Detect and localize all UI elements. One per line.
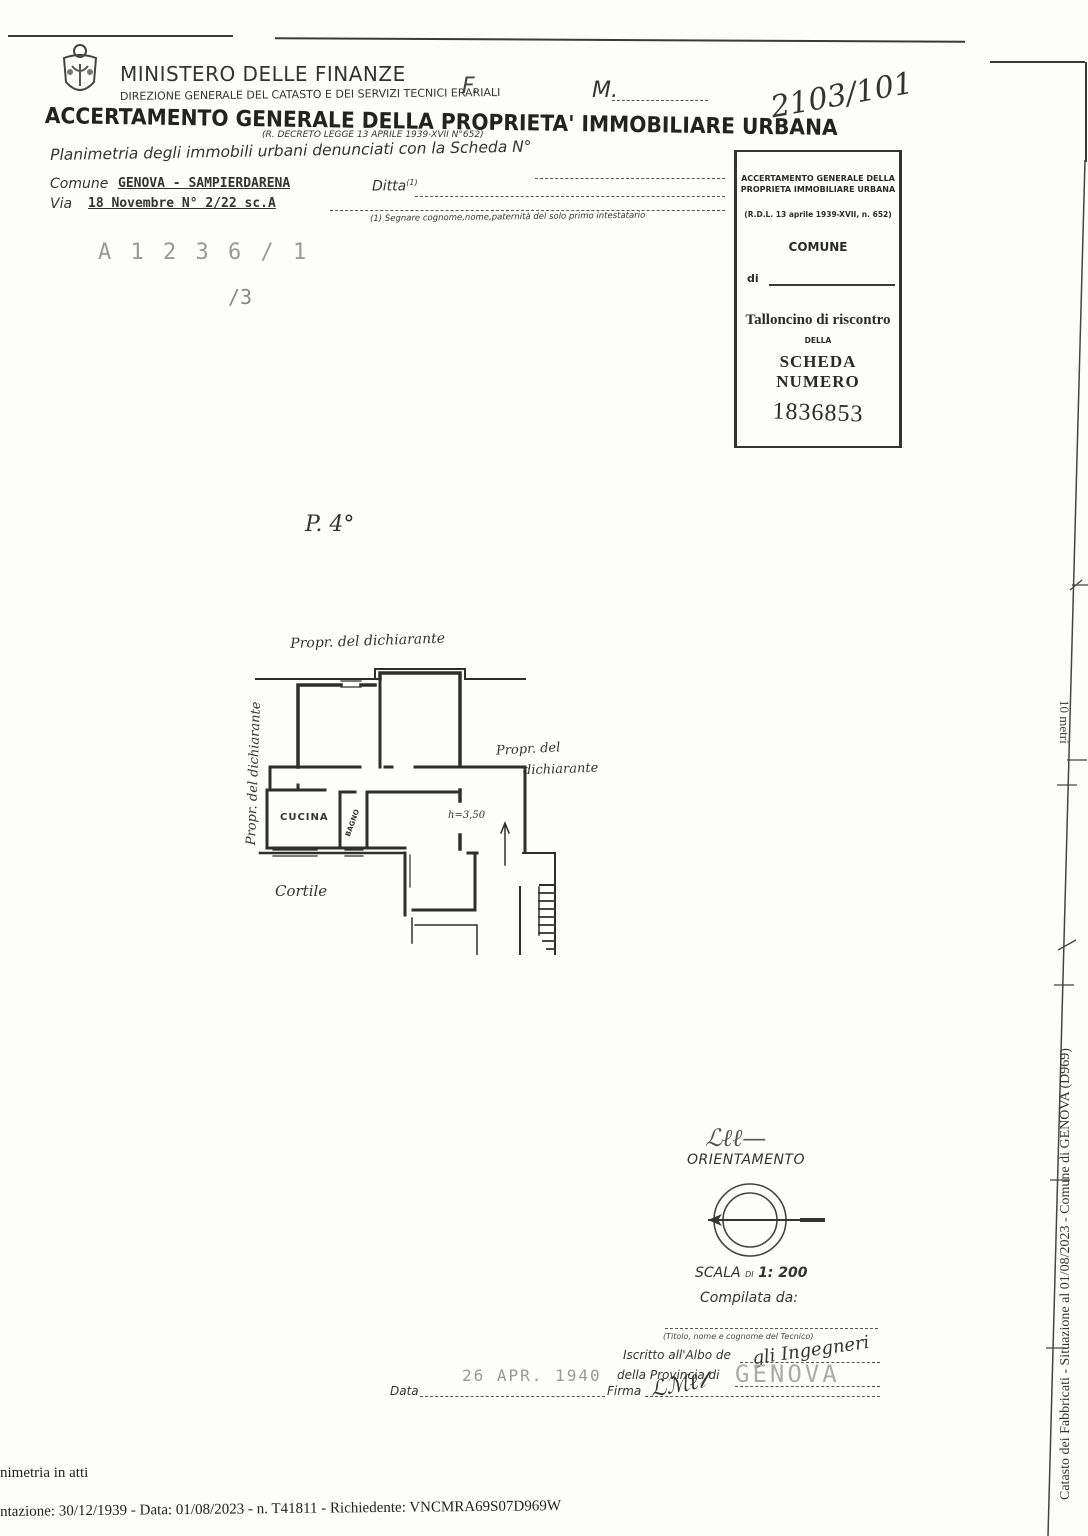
top-border-line [990, 61, 1085, 63]
firma-label: Firma [607, 1384, 641, 1398]
scale-value: 1: 200 [758, 1265, 807, 1281]
technician-line [665, 1328, 878, 1329]
right-border-line [1085, 62, 1087, 162]
ditta-line [415, 196, 725, 197]
footer-line2: ntazione: 30/12/1939 - Data: 01/08/2023 … [0, 1498, 561, 1521]
data-label: Data [390, 1384, 419, 1398]
comune-value: GENOVA - SAMPIERDARENA [118, 176, 290, 191]
compass-icon [690, 1182, 830, 1262]
receipt-decree: (R.D.L. 13 aprile 1939-XVII, n. 652) [737, 210, 899, 219]
receipt-number: 1836853 [737, 397, 900, 430]
stamped-sub: /3 [228, 285, 252, 309]
firma-line [645, 1396, 880, 1397]
scale-label: SCALA DI 1: 200 [695, 1265, 808, 1281]
provincia-value: GENOVA [735, 1360, 840, 1388]
field-f: F. [462, 74, 479, 99]
scheda-line [535, 178, 725, 179]
orientation-label: ORIENTAMENTO [687, 1152, 805, 1168]
technician-hint: (Titolo, nome e cognome del Tecnico) [663, 1332, 813, 1341]
coat-of-arms-emblem [58, 42, 102, 100]
receipt-box: ACCERTAMENTO GENERALE DELLA PROPRIETA IM… [734, 150, 902, 448]
receipt-line2: PROPRIETA IMMOBILIARE URBANA [737, 185, 899, 194]
field-m-line [612, 100, 708, 101]
scale-prefix: SCALA [695, 1265, 741, 1281]
data-line [420, 1396, 605, 1397]
ditta-label-text: Ditta [372, 179, 406, 195]
receipt-comune: COMUNE [737, 240, 899, 254]
ditta-label: Ditta(1) [372, 178, 418, 195]
albo-label: Iscritto all'Albo de [623, 1348, 731, 1362]
receipt-scheda-numero: SCHEDA NUMERO [737, 352, 899, 392]
ditta-footnote: (1) Segnare cognome,nome,paternità del s… [370, 211, 645, 224]
floor-plan [255, 665, 575, 955]
floor-label: P. 4° [305, 512, 354, 537]
ditta-footnote-mark: (1) [406, 178, 417, 187]
receipt-di: di [747, 272, 759, 285]
via-label: Via [50, 196, 72, 212]
plan-label-top: Propr. del dichiarante [290, 631, 445, 652]
footer-line1: nimetria in atti [0, 1465, 88, 1482]
via-value: 18 Novembre N° 2/22 sc.A [88, 196, 276, 211]
comune-label: Comune [50, 176, 108, 192]
via-line [330, 210, 725, 211]
data-value: 26 APR. 1940 [462, 1366, 602, 1385]
receipt-talloncino: Talloncino di riscontro [737, 312, 899, 329]
top-border-line [275, 37, 965, 43]
room-label-kitchen: CUCINA [280, 812, 329, 823]
receipt-della: DELLA [737, 336, 899, 345]
room-height: h=3,50 [448, 810, 485, 821]
scale-di: DI [745, 1270, 754, 1279]
planimetria-label: Planimetria degli immobili urbani denunc… [50, 138, 532, 164]
provincia-line [735, 1386, 880, 1387]
directorate-name: DIREZIONE GENERALE DEL CATASTO E DEI SER… [120, 86, 500, 103]
signature-initials: ℒℓℓ— [705, 1124, 766, 1153]
ministry-name: MINISTERO DELLE FINANZE [120, 62, 406, 86]
stamped-number: A 1 2 3 6 / 1 [98, 240, 309, 265]
ruler-scale-label: 10 metri [1056, 700, 1072, 744]
receipt-di-line [769, 284, 895, 286]
top-border-line [8, 35, 233, 37]
receipt-line1: ACCERTAMENTO GENERALE DELLA [737, 174, 899, 183]
compiled-by-label: Compilata da: [700, 1290, 798, 1306]
